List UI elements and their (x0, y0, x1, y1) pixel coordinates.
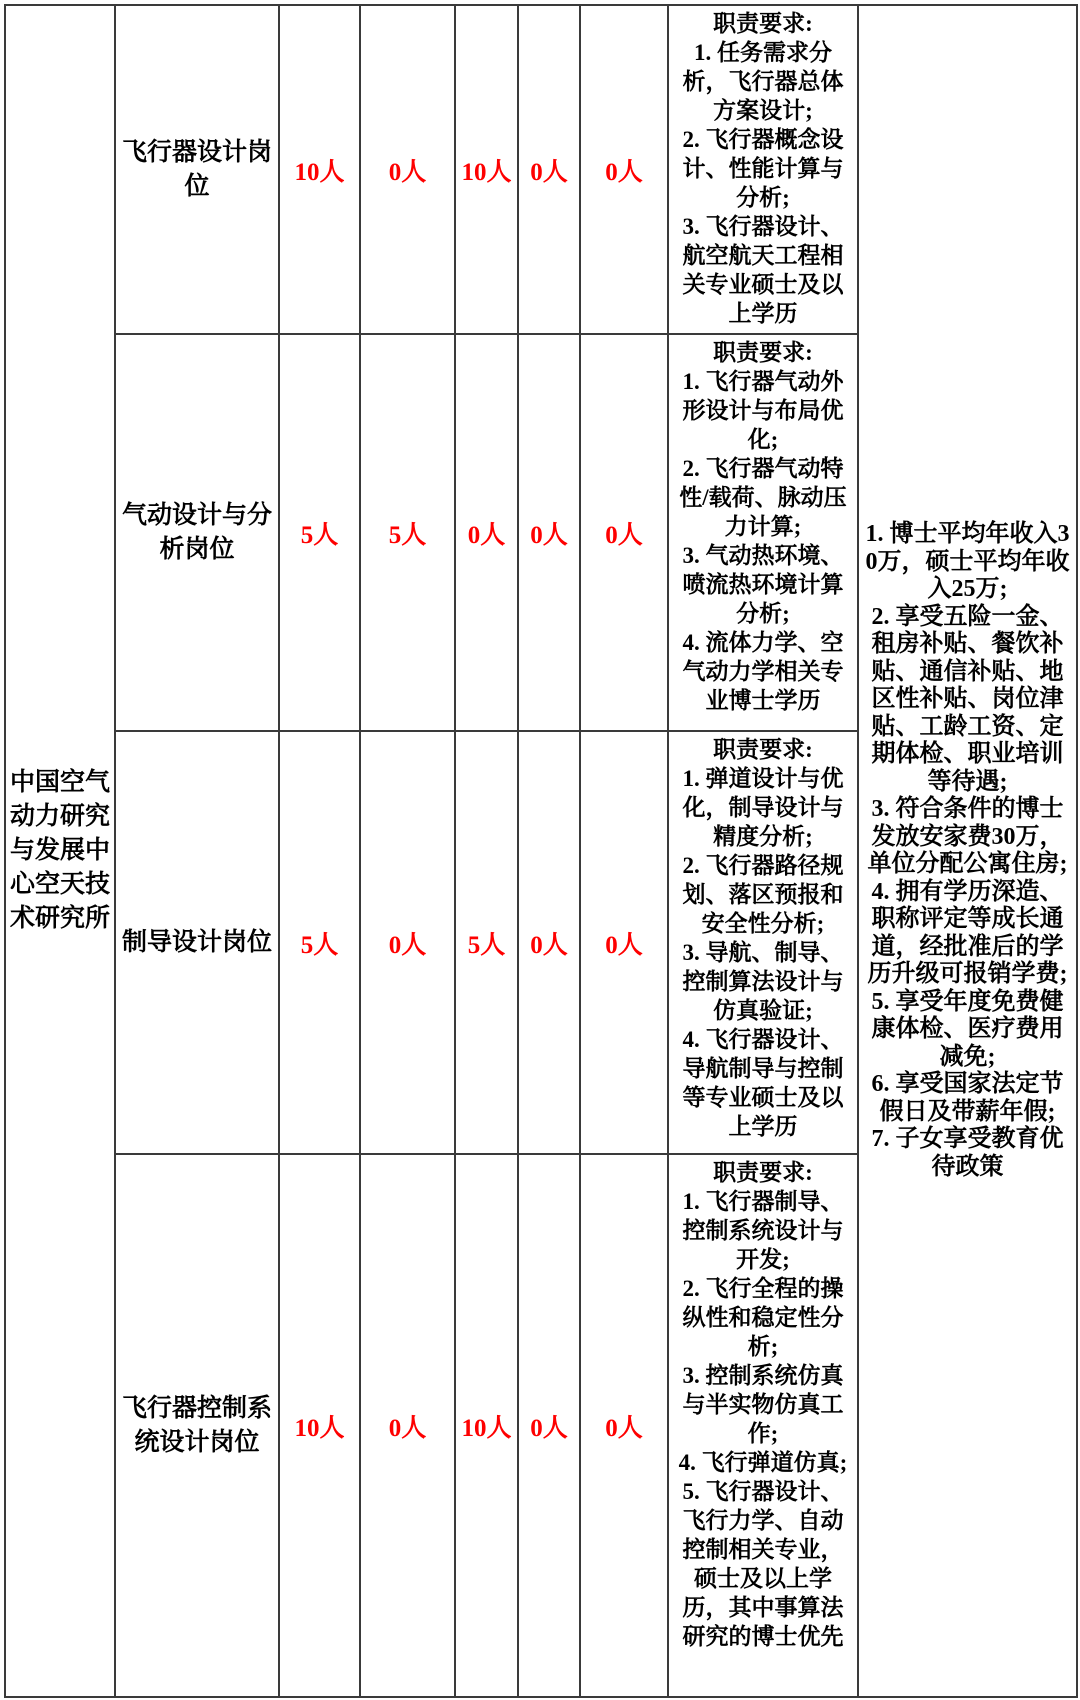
benefit-item: 6. 享受国家法定节假日及带薪年假; (863, 1071, 1072, 1126)
requirements-cell: 职责要求: 1. 飞行器制导、控制系统设计与开发; 2. 飞行全程的操纵性和稳定… (668, 1154, 858, 1697)
position-cell: 气动设计与分析岗位 (115, 334, 279, 731)
requirement-item: 4. 流体力学、空气动力学相关专业博士学历 (673, 628, 853, 715)
headcount-cell: 5人 (279, 334, 360, 731)
headcount-cell: 0人 (360, 731, 455, 1154)
headcount-cell: 10人 (455, 5, 518, 334)
benefit-item: 5. 享受年度免费健康体检、医疗费用减免; (863, 989, 1072, 1072)
requirement-item: 1. 任务需求分析，飞行器总体方案设计; (673, 38, 853, 125)
benefit-item: 7. 子女享受教育优待政策 (863, 1126, 1072, 1181)
requirements-title: 职责要求: (673, 338, 853, 367)
benefit-item: 1. 博士平均年收入30万，硕士平均年收入25万; (863, 521, 1072, 604)
headcount-cell: 0人 (518, 1154, 580, 1697)
headcount-cell: 0人 (580, 1154, 668, 1697)
requirements-title: 职责要求: (673, 1158, 853, 1187)
requirements-title: 职责要求: (673, 735, 853, 764)
benefit-item: 2. 享受五险一金、租房补贴、餐饮补贴、通信补贴、地区性补贴、岗位津贴、工龄工资… (863, 604, 1072, 797)
position-name: 制导设计岗位 (122, 929, 272, 956)
requirement-item: 4. 飞行器设计、导航制导与控制等专业硕士及以上学历 (673, 1025, 853, 1141)
position-cell: 制导设计岗位 (115, 731, 279, 1154)
position-name: 气动设计与分析岗位 (122, 502, 272, 563)
headcount-cell: 0人 (518, 731, 580, 1154)
position-cell: 飞行器控制系统设计岗位 (115, 1154, 279, 1697)
requirement-item: 1. 弹道设计与优化，制导设计与精度分析; (673, 764, 853, 851)
headcount-cell: 0人 (360, 1154, 455, 1697)
requirement-item: 2. 飞行器路径规划、落区预报和安全性分析; (673, 851, 853, 938)
position-cell: 飞行器设计岗位 (115, 5, 279, 334)
requirements-title: 职责要求: (673, 9, 853, 38)
requirement-item: 2. 飞行器气动特性/载荷、脉动压力计算; (673, 454, 853, 541)
headcount-cell: 5人 (455, 731, 518, 1154)
position-name: 飞行器控制系统设计岗位 (122, 1395, 272, 1456)
recruitment-table: 中国空气动力研究与发展中心空天技术研究所 飞行器设计岗位 10人 0人 10人 … (4, 4, 1078, 1698)
requirement-item: 4. 飞行弹道仿真; (673, 1448, 853, 1477)
requirement-item: 3. 导航、制导、控制算法设计与仿真验证; (673, 938, 853, 1025)
requirement-item: 5. 飞行器设计、飞行力学、自动控制相关专业，硕士及以上学历，其中事算法研究的博… (673, 1477, 853, 1651)
requirement-item: 3. 控制系统仿真与半实物仿真工作; (673, 1361, 853, 1448)
headcount-cell: 0人 (580, 5, 668, 334)
headcount-cell: 0人 (360, 5, 455, 334)
requirement-item: 2. 飞行全程的操纵性和稳定性分析; (673, 1274, 853, 1361)
benefit-item: 3. 符合条件的博士发放安家费30万，单位分配公寓住房; (863, 796, 1072, 879)
requirement-item: 2. 飞行器概念设计、性能计算与分析; (673, 125, 853, 212)
headcount-cell: 0人 (580, 731, 668, 1154)
requirement-item: 3. 气动热环境、喷流热环境计算分析; (673, 541, 853, 628)
requirements-cell: 职责要求: 1. 任务需求分析，飞行器总体方案设计; 2. 飞行器概念设计、性能… (668, 5, 858, 334)
headcount-cell: 10人 (279, 1154, 360, 1697)
position-name: 飞行器设计岗位 (122, 139, 272, 200)
benefit-item: 4. 拥有学历深造、职称评定等成长通道，经批准后的学历升级可报销学费; (863, 879, 1072, 989)
headcount-cell: 5人 (360, 334, 455, 731)
headcount-cell: 0人 (518, 334, 580, 731)
requirement-item: 1. 飞行器气动外形设计与布局优化; (673, 367, 853, 454)
headcount-cell: 5人 (279, 731, 360, 1154)
requirements-cell: 职责要求: 1. 飞行器气动外形设计与布局优化; 2. 飞行器气动特性/载荷、脉… (668, 334, 858, 731)
headcount-cell: 0人 (455, 334, 518, 731)
headcount-cell: 0人 (518, 5, 580, 334)
headcount-cell: 0人 (580, 334, 668, 731)
organization-cell: 中国空气动力研究与发展中心空天技术研究所 (5, 5, 115, 1697)
table-row: 中国空气动力研究与发展中心空天技术研究所 飞行器设计岗位 10人 0人 10人 … (5, 5, 1077, 334)
requirements-cell: 职责要求: 1. 弹道设计与优化，制导设计与精度分析; 2. 飞行器路径规划、落… (668, 731, 858, 1154)
benefits-cell: 1. 博士平均年收入30万，硕士平均年收入25万; 2. 享受五险一金、租房补贴… (858, 5, 1077, 1697)
requirement-item: 1. 飞行器制导、控制系统设计与开发; (673, 1187, 853, 1274)
headcount-cell: 10人 (455, 1154, 518, 1697)
headcount-cell: 10人 (279, 5, 360, 334)
organization-name: 中国空气动力研究与发展中心空天技术研究所 (10, 769, 110, 932)
requirement-item: 3. 飞行器设计、航空航天工程相关专业硕士及以上学历 (673, 212, 853, 328)
